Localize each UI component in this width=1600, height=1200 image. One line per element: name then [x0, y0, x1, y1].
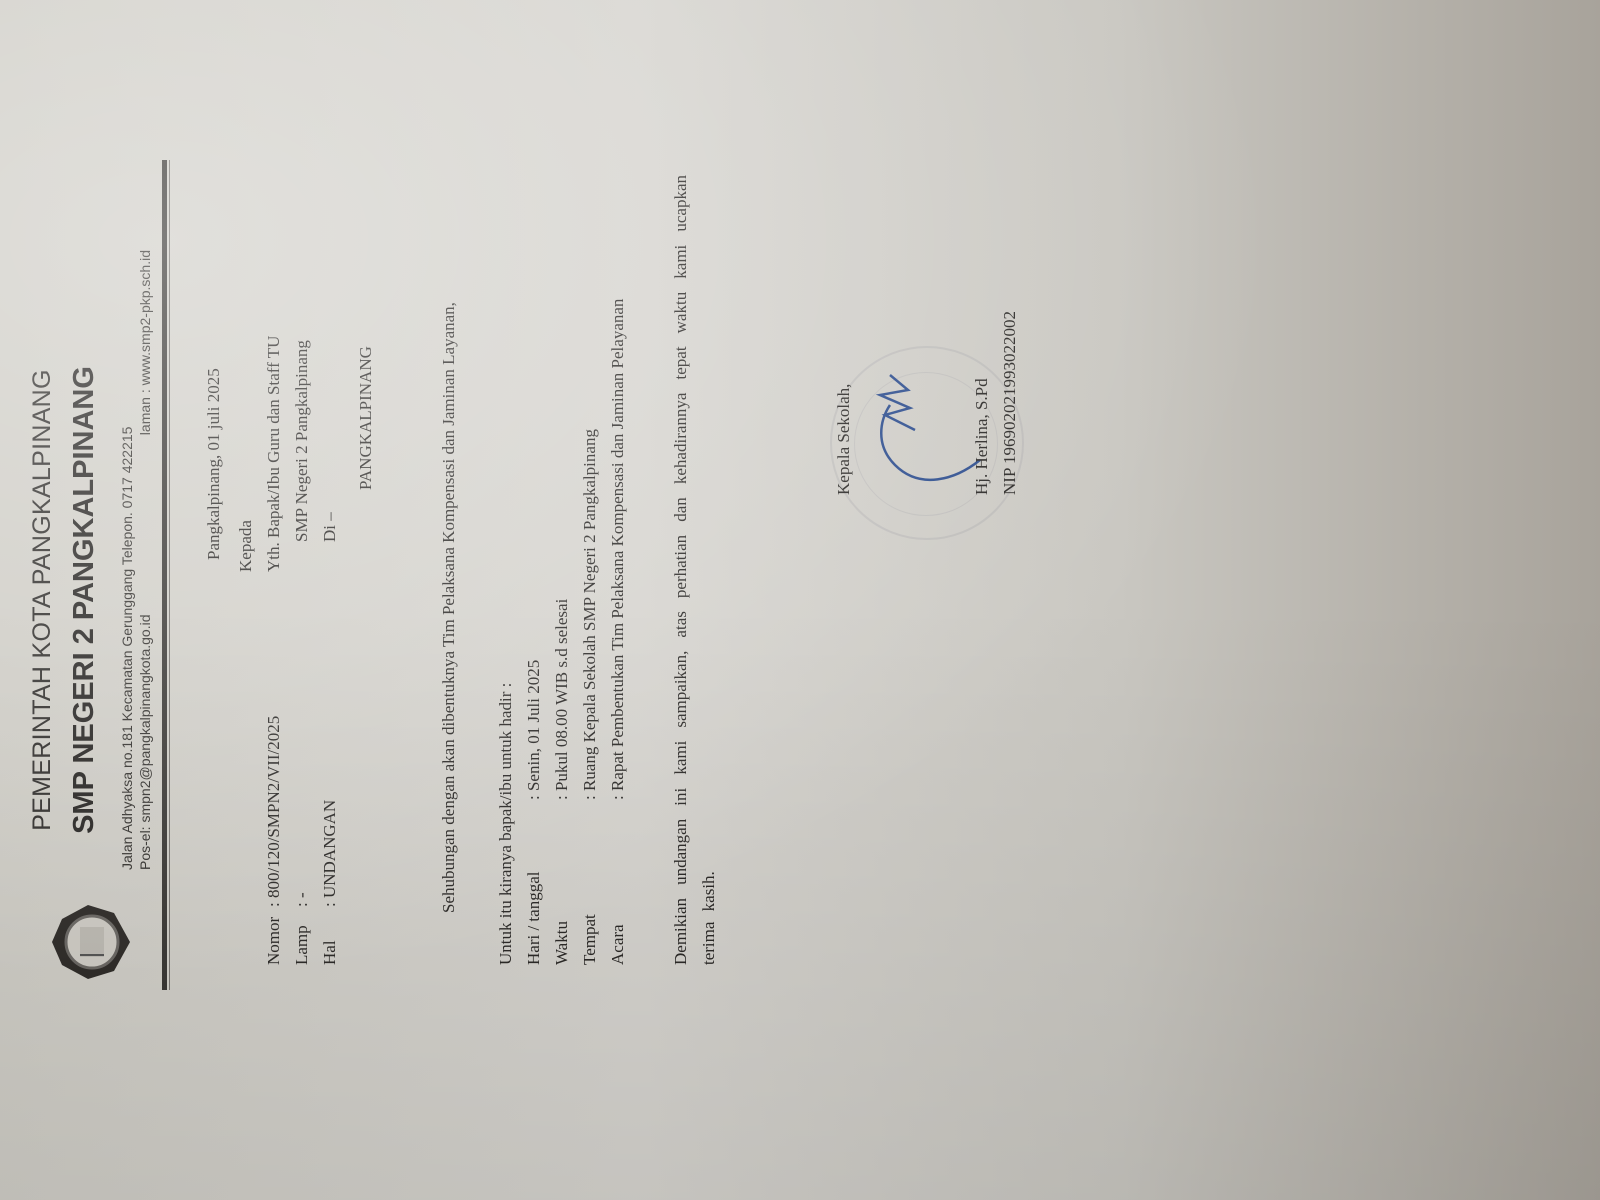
government-heading: PEMERINTAH KOTA PANGKALPINANG [28, 0, 57, 1200]
signer-name: Hj. Herlina, S.Pd [968, 311, 996, 495]
letterhead-divider-thin [169, 160, 170, 990]
meta-value: : 800/120/SMPN2/VII/2025 [260, 716, 288, 907]
detail-label: Acara [604, 800, 632, 965]
school-heading: SMP NEGERI 2 PANGKALPINANG [68, 0, 101, 1200]
signature-block: Kepala Sekolah, Hj. Herlina, S.Pd NIP 19… [830, 311, 1024, 495]
address-line: Jalan Adhyaksa no.181 Kecamatan Gerungga… [118, 250, 136, 870]
meta-row-hal: Hal : UNDANGAN [316, 716, 344, 965]
detail-row: Hari / tanggal : Senin, 01 Juli 2025 [520, 299, 548, 965]
recipient-city: PANGKALPINANG [344, 336, 380, 572]
detail-value: : Rapat Pembentukan Tim Pelaksana Kompen… [604, 299, 632, 800]
detail-row: Acara : Rapat Pembentukan Tim Pelaksana … [604, 299, 632, 965]
email-line: Pos-el: smpn2@pangkalpinangkota.go.id [136, 615, 154, 871]
meta-label: Lamp [288, 907, 316, 965]
recipient-to: Kepada [232, 336, 260, 572]
detail-value: : Pukul 08.00 WIB s.d selesai [548, 599, 576, 800]
closing-paragraph: Demikian undangan ini kami sampaikan, at… [667, 175, 723, 965]
letterhead-divider [162, 160, 167, 990]
signer-position: Kepala Sekolah, [830, 311, 858, 495]
place-date: Pangkalpinang, 01 juli 2025 [200, 368, 228, 560]
detail-row: Waktu : Pukul 08.00 WIB s.d selesai [548, 299, 576, 965]
meta-row-nomor: Nomor : 800/120/SMPN2/VII/2025 [260, 716, 288, 965]
meta-label: Nomor [260, 907, 288, 965]
letterhead-address: Jalan Adhyaksa no.181 Kecamatan Gerungga… [118, 250, 154, 870]
meta-value: : UNDANGAN [316, 800, 344, 907]
opening-line: Sehubungan dengan akan dibentuknya Tim P… [435, 125, 463, 965]
detail-label: Waktu [548, 800, 576, 965]
recipient-line3: Di – [316, 336, 344, 572]
detail-value: : Senin, 01 Juli 2025 [520, 660, 548, 800]
recipient-block: Kepada Yth. Bapak/Ibu Guru dan Staff TU … [260, 336, 380, 572]
recipient-line1: Yth. Bapak/Ibu Guru dan Staff TU [260, 336, 288, 572]
meta-label: Hal [316, 907, 344, 965]
opening-line: Untuk itu kiranya bapak/ibu untuk hadir … [492, 299, 520, 965]
recipient-line2: SMP Negeri 2 Pangkalpinang [288, 336, 316, 572]
opening-paragraph: Sehubungan dengan akan dibentuknya Tim P… [435, 125, 463, 965]
meta-value: : - [288, 892, 316, 907]
detail-value: : Ruang Kepala Sekolah SMP Negeri 2 Pang… [576, 429, 604, 800]
event-details: Untuk itu kiranya bapak/ibu untuk hadir … [492, 299, 632, 965]
meta-row-lamp: Lamp : - [288, 716, 316, 965]
signer-nip: NIP 196902021993022002 [996, 311, 1024, 495]
detail-label: Hari / tanggal [520, 800, 548, 965]
letter-page: PEMERINTAH KOTA PANGKALPINANG SMP NEGERI… [0, 0, 1600, 1200]
detail-label: Tempat [576, 800, 604, 965]
detail-row: Tempat : Ruang Kepala Sekolah SMP Negeri… [576, 299, 604, 965]
website-line: laman : www.smp2-pkp.sch.id [136, 250, 154, 435]
letter-meta: Nomor : 800/120/SMPN2/VII/2025 Lamp : - … [260, 716, 344, 965]
